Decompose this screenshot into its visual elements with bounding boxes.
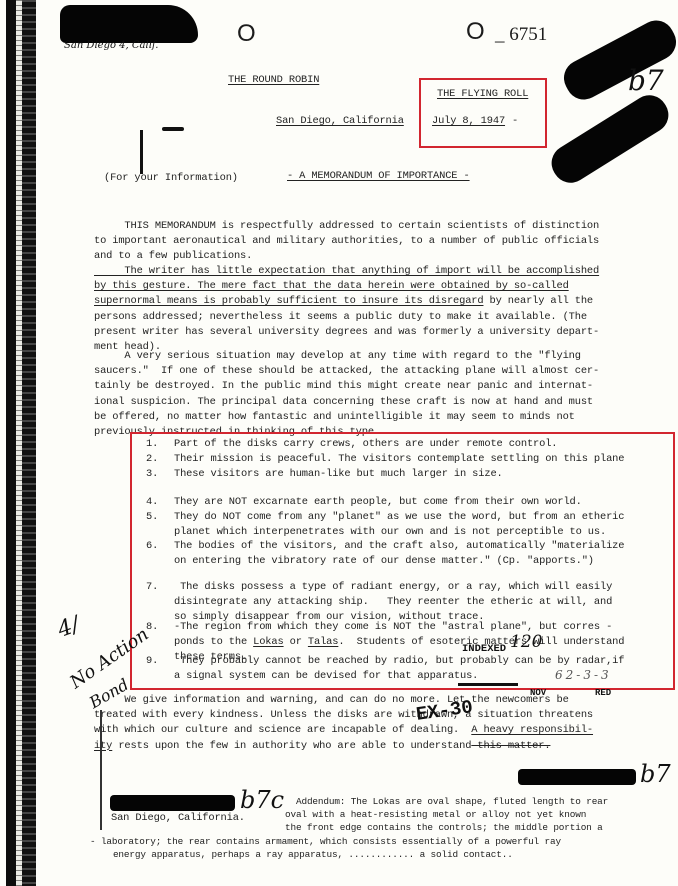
writer-line: by this gesture. The mere fact that the … <box>94 279 674 294</box>
writer-underlined-text: supernormal means is probably sufficient… <box>94 295 483 307</box>
situation-line: ional suspicion. The principal data conc… <box>94 395 674 410</box>
writer-line: The writer has little expectation that a… <box>94 264 674 279</box>
closing-underlined-text: A heavy responsibil- <box>471 724 593 736</box>
redaction-code-b7c-left: b7c <box>240 786 284 814</box>
highlight-box-numbered-points <box>130 432 675 690</box>
indexed-stamp: INDEXED <box>462 643 506 655</box>
closing-text: with which our culture and science are i… <box>94 724 459 736</box>
intro-line: THIS MEMORANDUM is respectfully addresse… <box>94 219 674 234</box>
closing-line: with which our culture and science are i… <box>94 723 674 738</box>
file-mark-left: O <box>237 20 256 48</box>
handwritten-dash <box>162 127 184 131</box>
writer-tail-text: by nearly all the <box>483 295 593 307</box>
closing-struck-text: this matter. <box>471 740 550 752</box>
title-crossed: THE ROUND ROBIN <box>228 73 319 88</box>
redaction-bottom-right <box>518 769 636 785</box>
writer-line: supernormal means is probably sufficient… <box>94 294 674 309</box>
file-number: _ 6751 <box>495 24 547 46</box>
situation-paragraph: A very serious situation may develop at … <box>94 349 674 440</box>
redaction-code-b7-top: b7 <box>628 64 664 97</box>
redaction-code-b7-right: b7 <box>640 760 671 788</box>
fyi-note: (For your Information) <box>104 171 238 186</box>
closing-paragraph: We give information and warning, and can… <box>94 693 674 754</box>
addendum-line: oval with a heat-resisting metal or allo… <box>285 808 608 821</box>
addendum-line: energy apparatus, perhaps a ray apparatu… <box>102 848 561 861</box>
intro-paragraph: THIS MEMORANDUM is respectfully addresse… <box>94 219 674 265</box>
redaction-bottom-left <box>110 795 235 811</box>
writer-line: persons addressed; nevertheless it seems… <box>94 310 674 325</box>
handwritten-margin-note-4: 4/ <box>54 612 83 643</box>
redaction-top-left <box>60 5 198 43</box>
margin-rule <box>100 710 102 830</box>
stamp-underline <box>458 683 518 686</box>
index-number: 120 <box>510 632 542 652</box>
file-mark-right: O <box>466 18 485 46</box>
writer-paragraph: The writer has little expectation that a… <box>94 264 674 355</box>
situation-line: saucers." If one of these should be atta… <box>94 364 674 379</box>
place: San Diego, California <box>276 114 404 129</box>
intro-line: and to a few publications. <box>94 249 674 264</box>
redaction-top-right-2 <box>545 88 675 189</box>
intro-line: to important aeronautical and military a… <box>94 234 674 249</box>
closing-line: We give information and warning, and can… <box>94 693 674 708</box>
addendum-line: the front edge contains the controls; th… <box>285 821 608 834</box>
signature-place: San Diego, California. <box>111 811 245 826</box>
writer-line: present writer has several university de… <box>94 325 674 340</box>
scan-binding-edge <box>0 0 52 886</box>
closing-line: treated with every kindness. Unless the … <box>94 708 674 723</box>
closing-text: rests upon the few in authority who are … <box>112 740 471 752</box>
binding-strip-outer <box>6 0 16 886</box>
closing-underlined-text: ity <box>94 740 112 752</box>
closing-line: ity rests upon the few in authority who … <box>94 739 674 754</box>
addendum-line: - laboratory; the rear contains armament… <box>90 835 561 848</box>
binding-strip-inner <box>22 0 36 886</box>
memo-title: - A MEMORANDUM OF IMPORTANCE - <box>287 169 470 184</box>
addendum-block: Addendum: The Lokas are oval shape, flut… <box>285 795 608 834</box>
serial-scribble: 62-3-3 <box>555 668 612 682</box>
addendum-line: Addendum: The Lokas are oval shape, flut… <box>296 795 608 808</box>
office-line: San Diego 4, Calif. <box>64 40 158 51</box>
highlight-box-title-date <box>419 78 547 148</box>
situation-line: tainly be destroyed. In the public mind … <box>94 379 674 394</box>
addendum-wide-block: - laboratory; the rear contains armament… <box>90 835 561 861</box>
situation-line: be offered, no matter how fantastic and … <box>94 410 674 425</box>
situation-line: A very serious situation may develop at … <box>94 349 674 364</box>
handwritten-bracket <box>140 130 143 174</box>
